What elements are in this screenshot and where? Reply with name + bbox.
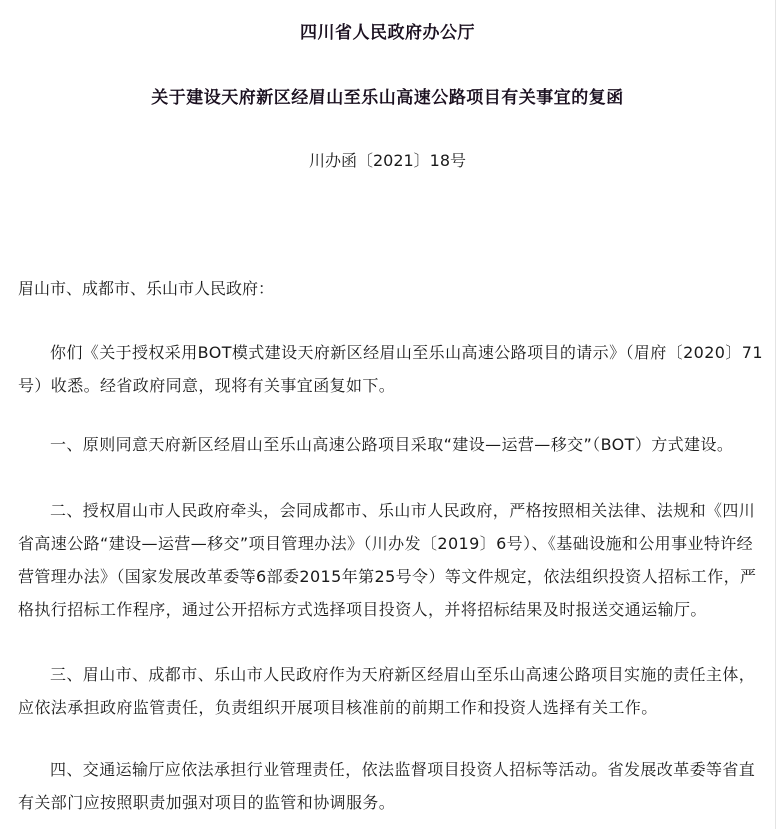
paragraph-item-4: 四、交通运输厅应依法承担行业管理责任，依法监督项目投资人招标等活动。省发展改革委… <box>18 753 766 819</box>
issuing-authority: 四川省人民政府办公厅 <box>0 18 775 43</box>
paragraph-item-2: 二、授权眉山市人民政府牵头，会同成都市、乐山市人民政府，严格按照相关法律、法规和… <box>18 494 766 626</box>
document-title: 关于建设天府新区经眉山至乐山高速公路项目有关事宜的复函 <box>0 83 775 108</box>
addressee: 眉山市、成都市、乐山市人民政府： <box>18 276 274 299</box>
paragraph-item-1: 一、原则同意天府新区经眉山至乐山高速公路项目采取“建设—运营—移交”（BOT）方… <box>18 428 766 461</box>
document-number: 川办函〔2021〕18号 <box>0 148 775 171</box>
paragraph-intro: 你们《关于授权采用BOT模式建设天府新区经眉山至乐山高速公路项目的请示》（眉府〔… <box>18 336 766 402</box>
paragraph-item-3: 三、眉山市、成都市、乐山市人民政府作为天府新区经眉山至乐山高速公路项目实施的责任… <box>18 658 766 724</box>
